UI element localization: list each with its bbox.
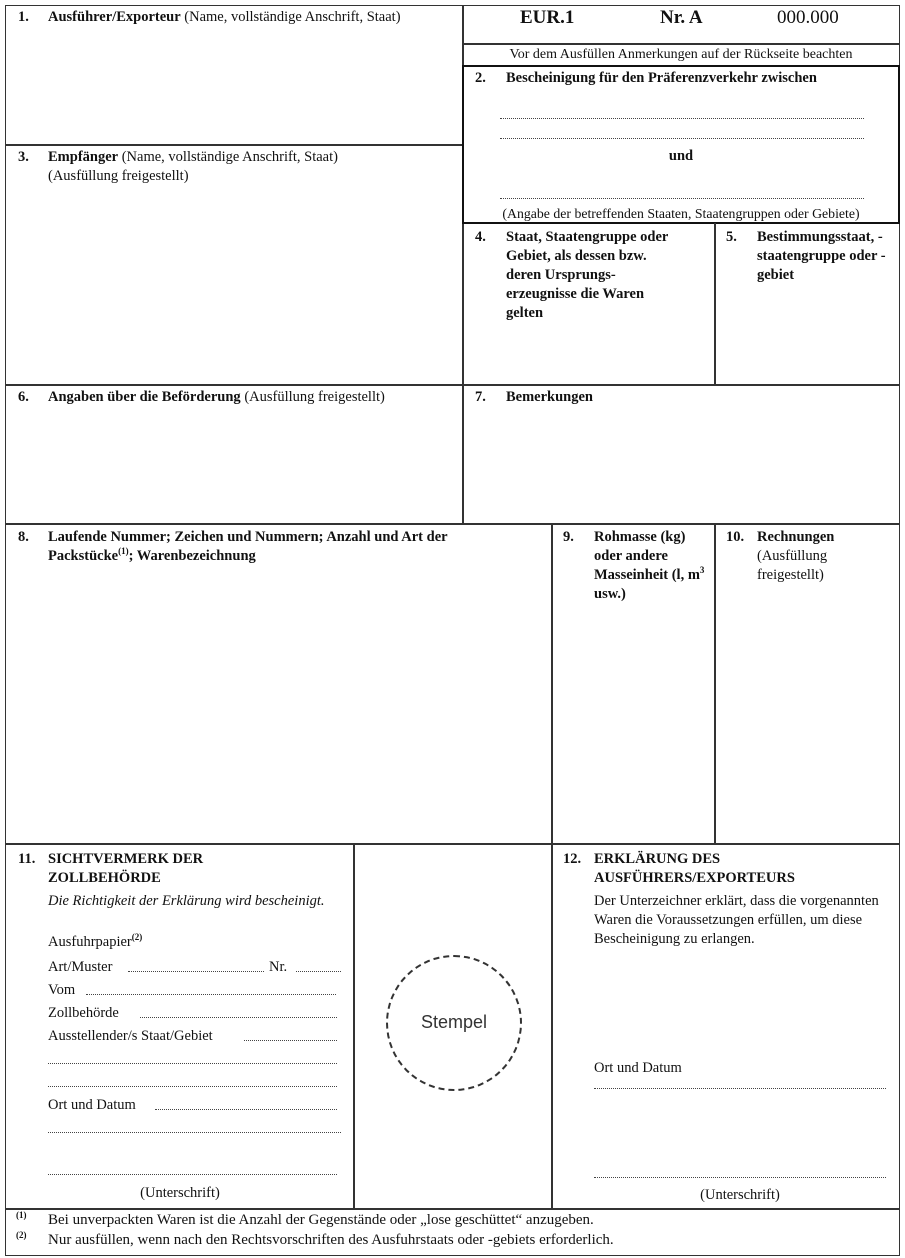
box12-signature-field[interactable] [594,1177,886,1178]
box2-hint: (Angabe der betreffenden Staaten, Staate… [463,204,899,223]
box10-hint: (Ausfüllung freigestellt) [757,548,827,583]
box6-title: Angaben über die Beförderung [48,389,241,405]
box9-title-b: usw.) [594,586,626,602]
box11-ort-datum-field[interactable] [155,1109,337,1110]
box2-country-a2-line[interactable] [500,138,864,139]
box7-number: 7. [475,388,486,407]
box8-number: 8. [18,528,29,547]
box3-title: Empfänger [48,149,118,165]
box9-number: 9. [563,528,574,547]
box2-country-a-line[interactable] [500,118,864,119]
nr-label: Nr. [269,958,287,977]
box10-label: Rechnungen (Ausfüllung freigestellt) [757,528,877,585]
box6-input-area[interactable] [8,415,460,519]
divider [551,523,553,1209]
box12-ort-datum-label: Ort und Datum [594,1059,682,1078]
art-muster-label: Art/Muster [48,958,112,977]
box6-number: 6. [18,388,29,407]
box2-country-b-line[interactable] [500,198,864,199]
staat-gebiet-field-3[interactable] [48,1086,337,1087]
zollbehoerde-label: Zollbehörde [48,1004,119,1023]
box11-attestation: Die Richtigkeit der Erklärung wird besch… [48,892,338,911]
box11-ort-datum-field-2[interactable] [48,1132,341,1133]
box3-input-area[interactable] [8,190,460,380]
box1-number: 1. [18,8,29,27]
divider [5,384,899,386]
box4-number: 4. [475,228,486,247]
box8-input-area[interactable] [8,570,548,840]
export-doc-text: Ausfuhrpapier [48,934,132,950]
footnote-1-text: Bei unverpackten Waren ist die Anzahl de… [48,1212,594,1228]
staat-gebiet-field[interactable] [244,1040,337,1041]
box2-und: und [463,147,899,166]
box1-label: Ausführer/Exporteur (Name, vollständige … [48,8,448,27]
box1-input-area[interactable] [8,50,460,140]
box11-ort-datum-label: Ort und Datum [48,1096,136,1115]
box3-optional: (Ausfüllung freigestellt) [48,168,189,184]
box9-title-a: Rohmasse (kg) oder andere Masseinheit (l… [594,529,700,583]
box2-frame [462,65,900,224]
footnote-ref-2: (2) [132,932,143,942]
box12-number: 12. [563,850,581,869]
stamp-label: Stempel [388,1013,520,1032]
box11-signature-label: (Unterschrift) [40,1184,320,1203]
footnote-2-text: Nur ausfüllen, wenn nach den Rechtsvorsc… [48,1232,614,1248]
vom-field[interactable] [86,994,336,995]
box12-declaration: Der Unterzeichner erklärt, dass die vorg… [594,892,889,949]
box5-title: Bestimmungsstaat, -staatengruppe oder -g… [757,228,897,285]
form-number-label: Nr. A [660,7,703,29]
box11-export-doc-label: Ausfuhrpapier(2) [48,933,142,952]
form-number-value: 000.000 [777,7,839,29]
box11-signature-field[interactable] [48,1174,337,1175]
box1-title: Ausführer/Exporteur [48,9,181,25]
footnote-ref-1: (1) [118,546,129,556]
box10-title: Rechnungen [757,529,834,545]
box10-input-area[interactable] [718,600,896,840]
box2-title: Bescheinigung für den Präferenzverkehr z… [506,69,817,88]
divider [714,523,716,843]
box12-ort-datum-field[interactable] [594,1088,886,1089]
divider [714,223,716,384]
divider [353,843,355,1209]
footnote-1: (1)Bei unverpackten Waren ist die Anzahl… [16,1210,886,1230]
box9-input-area[interactable] [555,610,711,840]
footnotes: (1)Bei unverpackten Waren ist die Anzahl… [16,1210,886,1250]
stamp-area[interactable]: Stempel [386,955,522,1091]
zollbehoerde-field[interactable] [140,1017,337,1018]
divider [5,843,899,845]
box7-title: Bemerkungen [506,388,593,407]
box4-input-area[interactable] [466,330,711,380]
art-muster-field[interactable] [128,971,264,972]
nr-field[interactable] [296,971,341,972]
box5-input-area[interactable] [718,290,896,380]
box3-number: 3. [18,148,29,167]
footnote-2: (2)Nur ausfüllen, wenn nach den Rechtsvo… [16,1230,886,1250]
form-note: Vor dem Ausfüllen Anmerkungen auf der Rü… [463,45,899,64]
divider [5,144,463,146]
box12-signature-label: (Unterschrift) [594,1186,886,1205]
box8-title: Laufende Nummer; Zeichen und Nummern; An… [48,528,498,566]
superscript-3: 3 [700,565,705,575]
box2-number: 2. [475,69,486,88]
box3-hint: (Name, vollständige Anschrift, Staat) [118,149,338,165]
staat-gebiet-label: Ausstellender/s Staat/Gebiet [48,1027,213,1046]
box3-label: Empfänger (Name, vollständige Anschrift,… [48,148,448,186]
box9-title: Rohmasse (kg) oder andere Masseinheit (l… [594,528,712,604]
box4-title: Staat, Staatengruppe oder Gebiet, als de… [506,228,678,323]
box11-number: 11. [18,850,35,869]
box11-title: SICHTVERMERK DER ZOLLBEHÖRDE [48,850,263,888]
divider [5,523,899,525]
box5-number: 5. [726,228,737,247]
box12-title: ERKLÄRUNG DES AUSFÜHRERS/EXPORTEURS [594,850,844,888]
form-title: EUR.1 [520,7,574,29]
staat-gebiet-field-2[interactable] [48,1063,337,1064]
box6-label: Angaben über die Beförderung (Ausfüllung… [48,388,460,407]
box8-title-b: ; Warenbezeichnung [129,548,256,564]
box1-hint: (Name, vollständige Anschrift, Staat) [181,9,401,25]
vom-label: Vom [48,981,75,1000]
box10-number: 10. [726,528,744,547]
box7-input-area[interactable] [466,415,896,519]
box6-hint: (Ausfüllung freigestellt) [241,389,385,405]
